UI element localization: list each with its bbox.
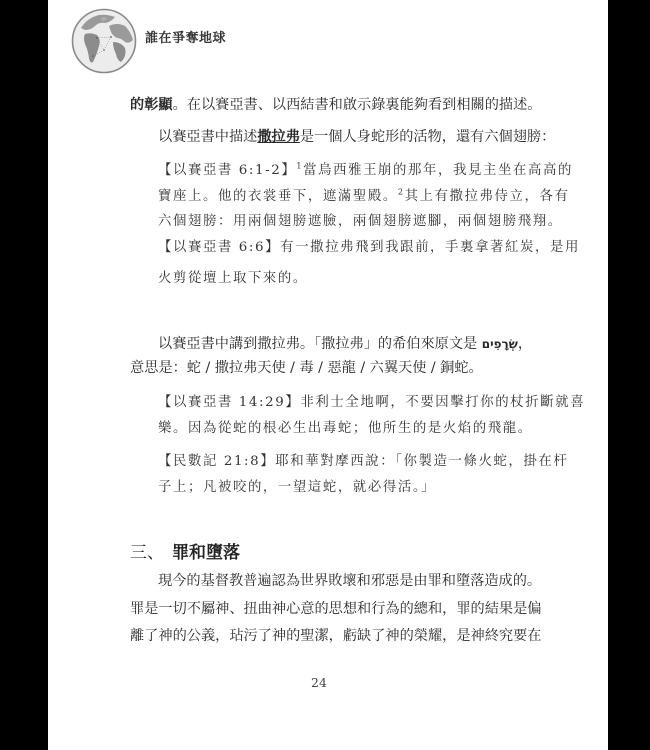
verse-number: 2 (398, 188, 405, 197)
paragraph-text: 以賽亞書中描述 (158, 129, 257, 145)
running-title: 誰在爭奪地球 (145, 27, 226, 46)
scripture-ref: 【以賽亞書 6:1-2】 (158, 163, 296, 178)
section-title: 罪和墮落 (172, 543, 240, 563)
scripture-quote-line: 【以賽亞書 6:6】有一撒拉弗飛到我跟前，手裏拿著紅炭，是用 (158, 236, 580, 255)
scripture-quote-line: 【以賽亞書 14:29】非利士全地啊，不要因擊打你的杖折斷就喜 (158, 391, 585, 410)
paragraph-line: 的彰顯。在以賽亞書、以西結書和啟示錄裏能夠看到相關的描述。 (130, 94, 541, 114)
quote-text: 樂。因為從蛇的根必生出毒蛇；他所生的是火焰的飛龍。 (158, 421, 533, 436)
paragraph-line: 以賽亞書中講到撒拉弗。「撒拉弗」的希伯來原文是 שְׂרָפִים， (158, 333, 532, 353)
section-heading: 三、罪和墮落 (130, 538, 240, 563)
quote-text: 寶座上。他的衣裳垂下，遮滿聖殿。 (158, 189, 398, 204)
paragraph-text: 以賽亞書中講到撒拉弗。「撒拉弗」的希伯來原文是 (158, 336, 477, 352)
scripture-ref: 【以賽亞書 6:6】 (158, 240, 280, 255)
paragraph-text: 罪是一切不屬神、扭曲神心意的思想和行為的總和，罪的結果是偏 (130, 601, 541, 617)
paragraph-text: ， (518, 336, 532, 352)
quote-text: 其上有撒拉弗侍立，各有 (405, 189, 570, 204)
scripture-quote-line: 樂。因為從蛇的根必生出毒蛇；他所生的是火焰的飛龍。 (158, 417, 533, 436)
paragraph-line: 現今的基督教普遍認為世界敗壞和邪惡是由罪和墮落造成的。 (158, 570, 541, 590)
page-number: 24 (311, 675, 327, 690)
scripture-quote-line: 子上；凡被咬的，一望這蛇，就必得活。」 (158, 476, 436, 495)
paragraph-text: 意思是：蛇 / 撒拉弗天使 / 毒 / 惡龍 / 六翼天使 / 銅蛇。 (130, 360, 483, 376)
quote-text: 子上；凡被咬的，一望這蛇，就必得活。」 (158, 480, 436, 495)
scripture-quote-line: 寶座上。他的衣裳垂下，遮滿聖殿。2其上有撒拉弗侍立，各有 (158, 185, 569, 204)
quote-text: 非利士全地啊，不要因擊打你的杖折斷就喜 (300, 395, 585, 410)
hebrew-word: שְׂרָפִים (482, 337, 518, 351)
paragraph-line: 罪是一切不屬神、扭曲神心意的思想和行為的總和，罪的結果是偏 (130, 598, 541, 618)
book-page: 誰在爭奪地球 的彰顯。在以賽亞書、以西結書和啟示錄裏能夠看到相關的描述。 以賽亞… (48, 0, 608, 750)
quote-text: 耶和華對摩西說：「你製造一條火蛇，掛在杆 (275, 454, 568, 469)
paragraph-text: 。在以賽亞書、以西結書和啟示錄裏能夠看到相關的描述。 (173, 97, 542, 113)
scripture-ref: 【以賽亞書 14:29】 (158, 395, 300, 410)
quote-text: 六個翅膀：用兩個翅膀遮臉，兩個翅膀遮腳，兩個翅膀飛翔。 (158, 214, 563, 229)
scripture-quote-line: 【以賽亞書 6:1-2】1當烏西雅王崩的那年，我見主坐在高高的 (158, 159, 573, 178)
paragraph-text: 離了神的公義，玷污了神的聖潔，虧缺了神的榮耀，是神終究要在 (130, 628, 541, 644)
globe-icon (71, 8, 137, 74)
quote-text: 火剪從壇上取下來的。 (158, 271, 308, 286)
scripture-quote-line: 六個翅膀：用兩個翅膀遮臉，兩個翅膀遮腳，兩個翅膀飛翔。 (158, 210, 563, 229)
paragraph-line: 離了神的公義，玷污了神的聖潔，虧缺了神的榮耀，是神終究要在 (130, 625, 541, 645)
paragraph-text: 是一個人身蛇形的活物，還有六個翅膀： (300, 129, 555, 145)
paragraph-line: 以賽亞書中描述撒拉弗是一個人身蛇形的活物，還有六個翅膀： (158, 126, 555, 146)
bold-lead: 的彰顯 (130, 97, 173, 113)
scripture-ref: 【民數記 21:8】 (158, 454, 275, 469)
section-number: 三、 (130, 543, 164, 563)
scripture-quote-line: 【民數記 21:8】耶和華對摩西說：「你製造一條火蛇，掛在杆 (158, 450, 568, 469)
emphasis-term: 撒拉弗 (257, 129, 300, 145)
scripture-quote-line: 火剪從壇上取下來的。 (158, 267, 308, 286)
quote-text: 有一撒拉弗飛到我跟前，手裏拿著紅炭，是用 (280, 240, 580, 255)
paragraph-line: 意思是：蛇 / 撒拉弗天使 / 毒 / 惡龍 / 六翼天使 / 銅蛇。 (130, 357, 483, 377)
paragraph-text: 現今的基督教普遍認為世界敗壞和邪惡是由罪和墮落造成的。 (158, 573, 541, 589)
quote-text: 當烏西雅王崩的那年，我見主坐在高高的 (303, 163, 573, 178)
